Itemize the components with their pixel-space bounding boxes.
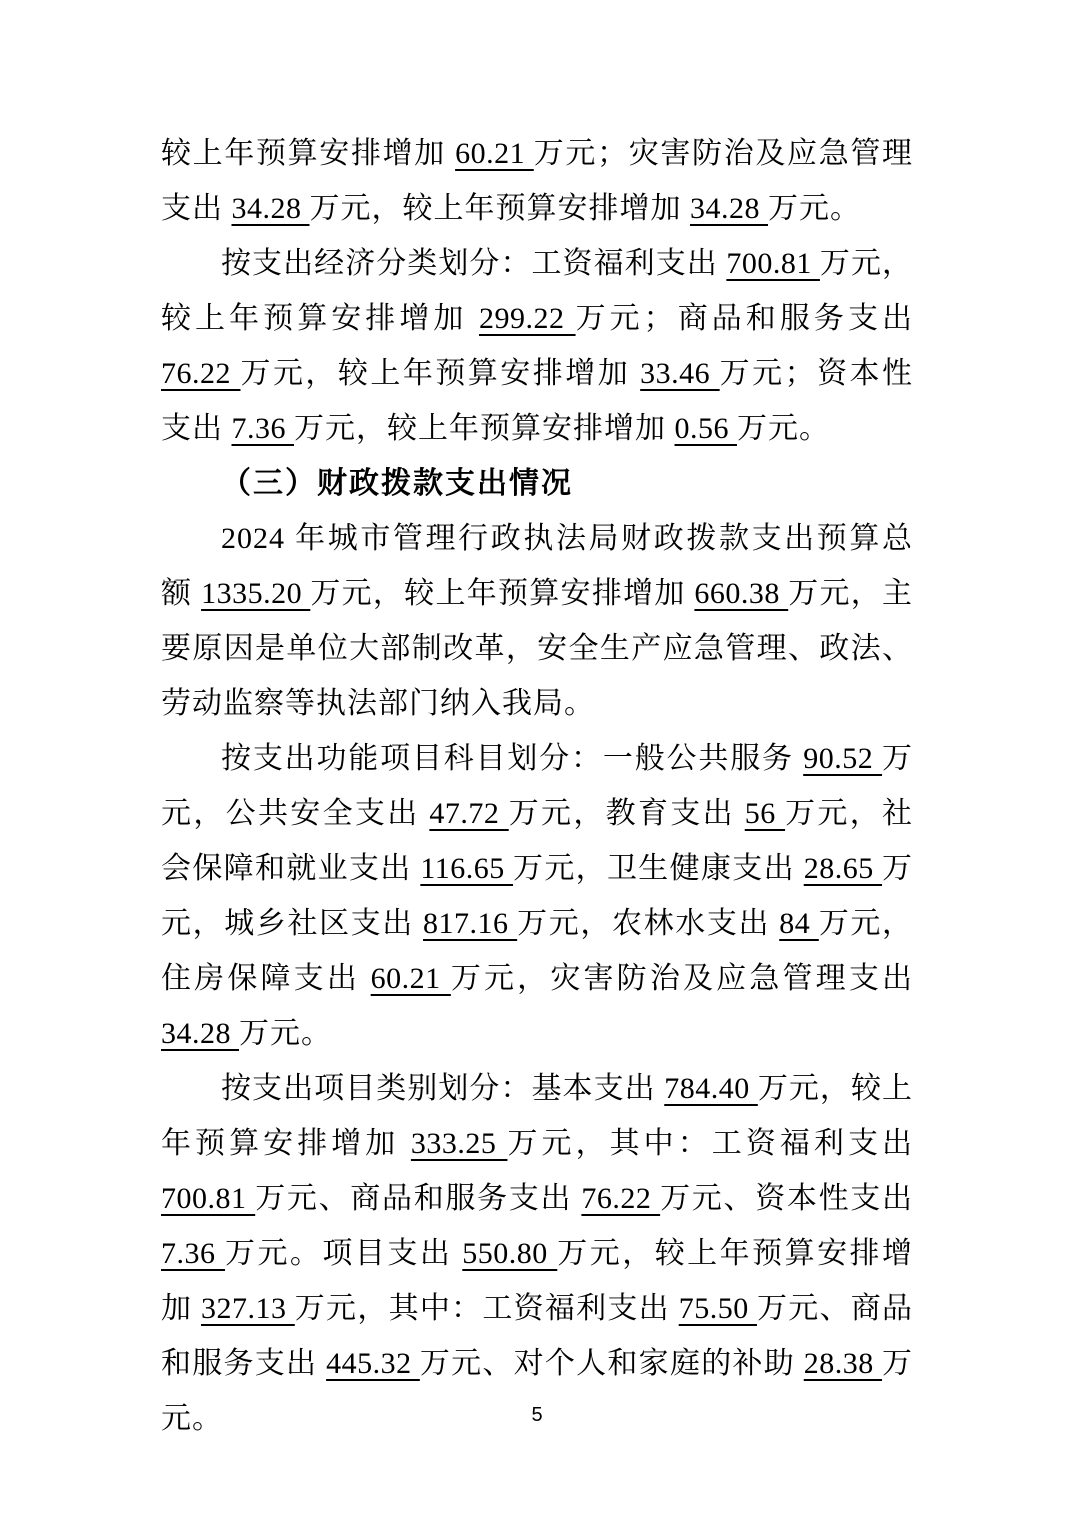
text-run: 万元，灾害防治及应急管理支出 — [451, 962, 913, 995]
underlined-value: 47.72 — [429, 797, 508, 830]
underlined-value: 1335.20 — [201, 577, 310, 610]
underlined-value: 299.22 — [479, 302, 576, 335]
underlined-value: 700.81 — [161, 1182, 255, 1215]
text-run: 万元，卫生健康支出 — [513, 852, 804, 885]
text-run: 万元，教育支出 — [509, 797, 745, 830]
underlined-value: 7.36 — [232, 412, 295, 445]
text-run: 万元，较上年预算安排增加 — [240, 357, 640, 390]
text-run: 按支出项目类别划分：基本支出 — [221, 1072, 664, 1105]
text-run: 较上年预算安排增加 — [161, 137, 455, 170]
section-heading: （三）财政拨款支出情况 — [161, 456, 913, 511]
paragraph: 2024 年城市管理行政执法局财政拨款支出预算总额 1335.20 万元，较上年… — [161, 511, 913, 731]
underlined-value: 34.28 — [690, 192, 768, 225]
text-run: 万元。 — [239, 1017, 332, 1050]
paragraph: 按支出项目类别划分：基本支出 784.40 万元，较上年预算安排增加 333.2… — [161, 1061, 913, 1446]
underlined-value: 28.38 — [804, 1347, 882, 1380]
underlined-value: 700.81 — [726, 247, 820, 280]
underlined-value: 0.56 — [675, 412, 738, 445]
text-run: （三）财政拨款支出情况 — [221, 467, 573, 500]
underlined-value: 75.50 — [679, 1292, 757, 1325]
underlined-value: 7.36 — [161, 1237, 225, 1270]
text-run: 万元，较上年预算安排增加 — [294, 412, 675, 445]
page-number: 5 — [0, 1402, 1074, 1428]
underlined-value: 60.21 — [371, 962, 451, 995]
text-run: 万元。 — [737, 412, 830, 445]
underlined-value: 90.52 — [803, 742, 882, 775]
underlined-value: 333.25 — [411, 1127, 508, 1160]
underlined-value: 34.28 — [232, 192, 310, 225]
underlined-value: 33.46 — [640, 357, 719, 390]
underlined-value: 76.22 — [581, 1182, 660, 1215]
text-run: 万元，较上年预算安排增加 — [310, 577, 694, 610]
document-page: 较上年预算安排增加 60.21 万元；灾害防治及应急管理支出 34.28 万元，… — [0, 0, 1074, 1520]
document-body: 较上年预算安排增加 60.21 万元；灾害防治及应急管理支出 34.28 万元，… — [161, 126, 913, 1446]
underlined-value: 56 — [745, 797, 785, 830]
underlined-value: 817.16 — [423, 907, 517, 940]
text-run: 万元。 — [768, 192, 861, 225]
text-run: 万元、资本性支出 — [660, 1182, 913, 1215]
text-run: 万元，其中：工资福利支出 — [507, 1127, 913, 1160]
underlined-value: 34.28 — [161, 1017, 239, 1050]
text-run: 万元。项目支出 — [225, 1237, 462, 1270]
text-run: 万元，其中：工资福利支出 — [295, 1292, 679, 1325]
text-run: 万元，农林水支出 — [517, 907, 779, 940]
text-run: 按支出经济分类划分：工资福利支出 — [221, 247, 726, 280]
text-run: 万元，较上年预算安排增加 — [310, 192, 691, 225]
underlined-value: 60.21 — [455, 137, 534, 170]
paragraph: 按支出经济分类划分：工资福利支出 700.81 万元，较上年预算安排增加 299… — [161, 236, 913, 456]
underlined-value: 327.13 — [201, 1292, 295, 1325]
underlined-value: 76.22 — [161, 357, 240, 390]
underlined-value: 784.40 — [664, 1072, 758, 1105]
underlined-value: 116.65 — [420, 852, 513, 885]
text-run: 万元、商品和服务支出 — [255, 1182, 581, 1215]
underlined-value: 660.38 — [694, 577, 788, 610]
paragraph: 较上年预算安排增加 60.21 万元；灾害防治及应急管理支出 34.28 万元，… — [161, 126, 913, 236]
underlined-value: 445.32 — [326, 1347, 420, 1380]
text-run: 按支出功能项目科目划分：一般公共服务 — [221, 742, 803, 775]
paragraph: 按支出功能项目科目划分：一般公共服务 90.52 万元，公共安全支出 47.72… — [161, 731, 913, 1061]
text-run: 万元、对个人和家庭的补助 — [420, 1347, 804, 1380]
underlined-value: 28.65 — [804, 852, 882, 885]
text-run: 万元；商品和服务支出 — [576, 302, 913, 335]
underlined-value: 550.80 — [462, 1237, 557, 1270]
underlined-value: 84 — [779, 907, 819, 940]
